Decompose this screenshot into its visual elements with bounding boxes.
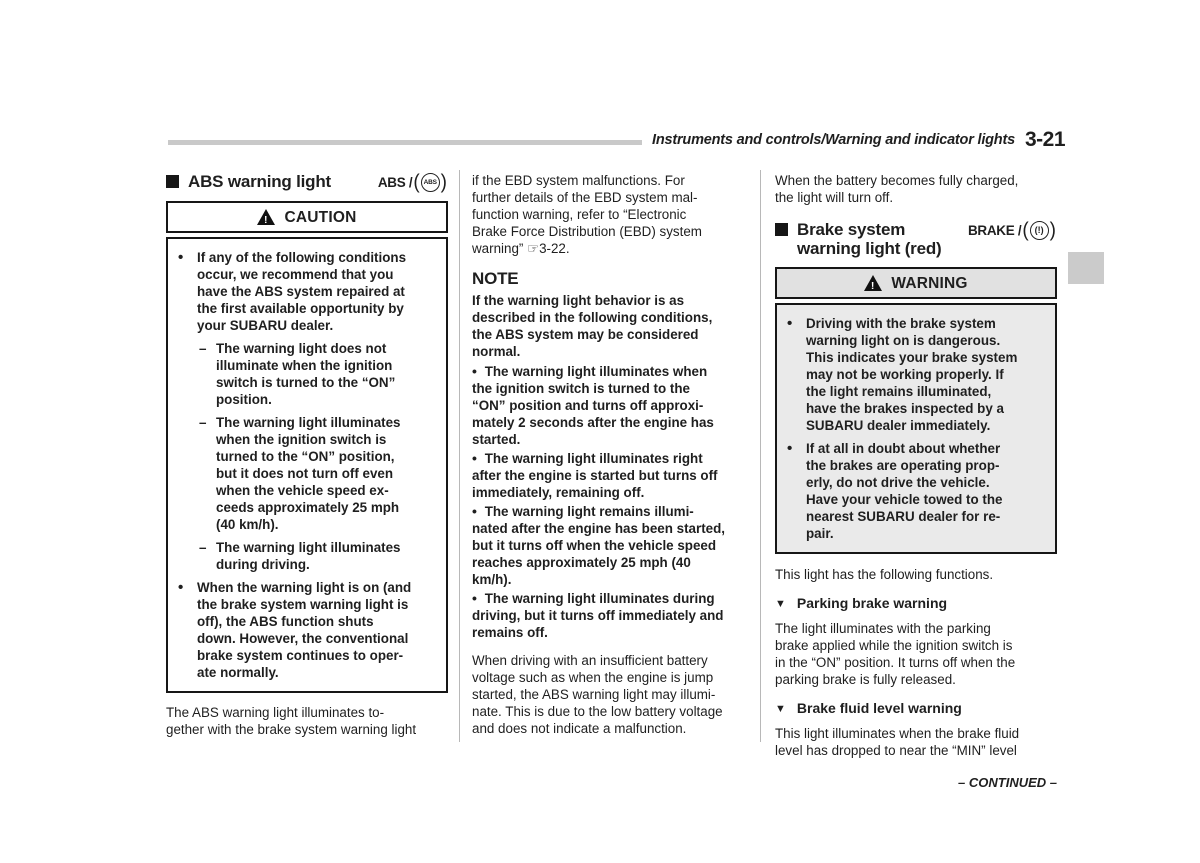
caution-body: If any of the following conditions occur… <box>166 237 448 693</box>
warning-title: WARNING <box>891 275 967 292</box>
abs-warning-light-icon: ABS / ( ABS ) <box>378 173 448 192</box>
list-item: Driving with the brake system warning li… <box>784 315 1048 434</box>
list-item: The warning light does not illuminate wh… <box>175 340 439 408</box>
abs-footer-paragraph: The ABS warning light illuminates to- ge… <box>166 704 448 738</box>
continued-label: – CONTINUED – <box>775 774 1057 791</box>
list-item: The warning light illuminates when the i… <box>175 414 439 533</box>
manual-page: Instruments and controls/Warning and ind… <box>0 0 1200 863</box>
column-ebd-note: if the EBD system malfunctions. For furt… <box>472 172 750 748</box>
brake-section-title: Brake system warning light (red) <box>775 220 941 258</box>
warning-box: WARNING Driving with the brake system wa… <box>775 267 1057 554</box>
warning-header: WARNING <box>775 267 1057 299</box>
paren-close: ) <box>1050 222 1056 240</box>
list-item: The warning light illuminates during dri… <box>175 539 439 573</box>
warning-body: Driving with the brake system warning li… <box>775 303 1057 554</box>
page-number: 3-21 <box>1025 128 1065 152</box>
dash-icon <box>196 340 216 408</box>
column-divider-left <box>459 170 460 742</box>
warning-triangle-icon <box>257 209 275 225</box>
header-rule <box>168 140 642 145</box>
note-heading: NOTE <box>472 270 750 287</box>
brake-circle-symbol: (!) <box>1030 221 1049 240</box>
chapter-index-tab <box>1068 252 1104 284</box>
battery-paragraph: When driving with an insufficient batter… <box>472 652 750 737</box>
page-header: Instruments and controls/Warning and ind… <box>168 128 1065 152</box>
brake-fluid-subheading: Brake fluid level warning <box>775 700 1057 719</box>
note-intro: If the warning light behavior is as desc… <box>472 292 750 360</box>
bullet-icon <box>175 249 197 334</box>
abs-section-title: ABS warning light <box>166 172 331 191</box>
battery-charged-paragraph: When the battery becomes fully charged, … <box>775 172 1057 206</box>
brake-fluid-paragraph: This light illuminates when the brake fl… <box>775 725 1057 759</box>
section-title-text: Brake system warning light (red) <box>797 220 941 258</box>
dash-icon <box>196 539 216 573</box>
header-breadcrumb: Instruments and controls/Warning and ind… <box>652 132 1015 148</box>
bullet-icon <box>784 440 806 542</box>
brake-warning-light-icon: BRAKE / ( (!) ) <box>968 221 1057 240</box>
parking-brake-paragraph: The light illuminates with the parking b… <box>775 620 1057 688</box>
column-divider-right <box>760 170 761 742</box>
note-bullet: The warning light illuminates right afte… <box>472 450 750 501</box>
paren-close: ) <box>441 174 447 192</box>
functions-paragraph: This light has the following functions. <box>775 566 1057 583</box>
caution-title: CAUTION <box>284 209 356 226</box>
note-bullet: The warning light remains illumi- nated … <box>472 503 750 588</box>
bullet-icon <box>175 579 197 681</box>
section-square-icon <box>166 175 179 188</box>
parking-brake-subheading: Parking brake warning <box>775 595 1057 614</box>
abs-section-heading: ABS warning light ABS / ( ABS ) <box>166 172 448 192</box>
section-title-text: ABS warning light <box>188 172 331 191</box>
paren-open: ( <box>413 174 419 192</box>
column-brake-warning: When the battery becomes fully charged, … <box>775 172 1057 791</box>
caution-box: CAUTION If any of the following conditio… <box>166 201 448 693</box>
ebd-paragraph: if the EBD system malfunctions. For furt… <box>472 172 750 257</box>
brake-section-heading: Brake system warning light (red) BRAKE /… <box>775 220 1057 258</box>
note-bullet: The warning light illuminates when the i… <box>472 363 750 448</box>
section-square-icon <box>775 223 788 236</box>
list-item: If at all in doubt about whether the bra… <box>784 440 1048 542</box>
column-abs-warning: ABS warning light ABS / ( ABS ) CAUTION … <box>166 172 448 749</box>
warning-triangle-icon <box>864 275 882 291</box>
note-bullet: The warning light illuminates during dri… <box>472 590 750 641</box>
caution-header: CAUTION <box>166 201 448 233</box>
abs-circle-symbol: ABS <box>421 173 440 192</box>
bullet-icon <box>784 315 806 434</box>
list-item: If any of the following conditions occur… <box>175 249 439 334</box>
paren-open: ( <box>1022 222 1028 240</box>
list-item: When the warning light is on (and the br… <box>175 579 439 681</box>
dash-icon <box>196 414 216 533</box>
